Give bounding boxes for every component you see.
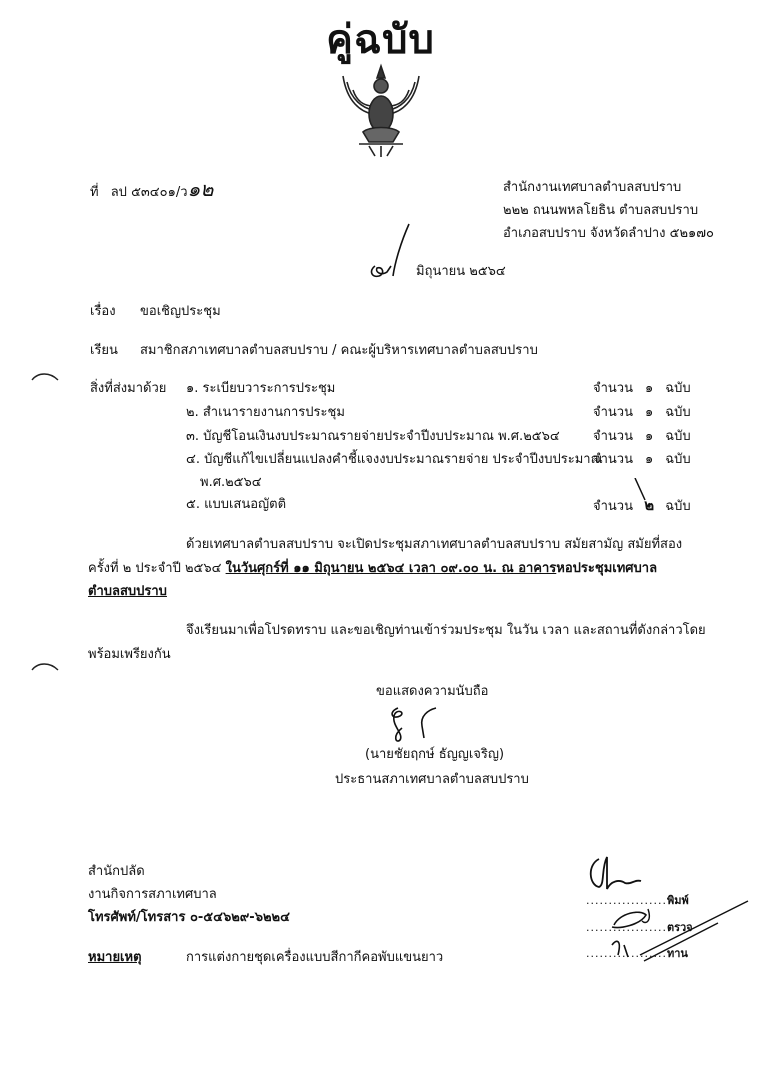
meeting-datetime: ในวันศุกร์ที่ ๑๑ มิถุนายน ๒๕๖๔ เวลา ๐๙.๐…: [226, 561, 557, 576]
meeting-venue-continued: ตำบลสบปราบ: [88, 584, 167, 600]
sender-line-3: อำเภอสบปราบ จังหวัดลำปาง ๕๒๑๗๐: [503, 226, 714, 242]
enclosure-qty: จำนวน ๒ ฉบับ: [593, 497, 703, 515]
initials-scribbles-icon: [600, 895, 750, 965]
meeting-venue: หอประชุมเทศบาล: [556, 561, 657, 576]
enclosure-qty: จำนวน ๑ ฉบับ: [593, 452, 703, 468]
enclosure-qty: จำนวน ๑ ฉบับ: [593, 429, 703, 445]
signatory-name: (นายชัยฤกษ์ ธัญญเจริญ): [365, 747, 504, 763]
enclosure-item: ๑. ระเบียบวาระการประชุม: [186, 381, 335, 397]
footer-phone: โทรศัพท์/โทรสาร ๐-๕๔๖๒๙-๖๒๒๔: [88, 910, 290, 926]
meeting-session: ครั้งที่ ๒ ประจำปี ๒๕๖๔: [88, 561, 226, 576]
enclosure-item: ๒. สำเนารายงานการประชุม: [186, 405, 345, 421]
ref-label: ที่: [90, 185, 99, 200]
ref-handwritten: ๑๒: [188, 177, 214, 201]
enclosure-item: ๓. บัญชีโอนเงินงบประมาณรายจ่ายประจำปีงบป…: [186, 429, 560, 445]
footer-office: สำนักปลัด: [88, 864, 145, 880]
ref-number-text: ลป ๕๓๔๐๑/ว: [111, 185, 188, 200]
body-paragraph-1-line-2: ครั้งที่ ๒ ประจำปี ๒๕๖๔ ในวันศุกร์ที่ ๑๑…: [88, 561, 657, 577]
garuda-emblem-icon: [333, 62, 429, 158]
date-handwriting-icon: [365, 222, 415, 282]
body-paragraph-1-line-1: ด้วยเทศบาลตำบลสบปราบ จะเปิดประชุมสภาเทศบ…: [186, 537, 682, 553]
initial-signature-icon: [585, 855, 645, 895]
footer-section: งานกิจการสภาเทศบาล: [88, 887, 217, 903]
closing-salutation: ขอแสดงความนับถือ: [376, 684, 488, 700]
sender-line-2: ๒๒๒ ถนนพหลโยธิน ตำบลสบปราบ: [503, 203, 698, 219]
note-text: การแต่งกายชุดเครื่องแบบสีกากีคอพับแขนยาว: [186, 950, 443, 966]
recipient-label: เรียน: [90, 343, 118, 359]
subject-label: เรื่อง: [90, 304, 116, 320]
reference-number: ที่ ลป ๕๓๔๐๑/ว๑๒: [90, 181, 213, 201]
enclosure-qty: จำนวน ๑ ฉบับ: [593, 405, 703, 421]
date-month-year: มิถุนายน ๒๕๖๔: [416, 264, 506, 280]
sender-line-1: สำนักงานเทศบาลตำบลสบปราบ: [503, 180, 681, 196]
note-label: หมายเหตุ: [88, 950, 142, 966]
enclosure-item-continued: พ.ศ.๒๕๖๔: [200, 475, 262, 491]
enclosures-label: สิ่งที่ส่งมาด้วย: [90, 381, 166, 397]
punch-mark-icon: [30, 660, 60, 672]
body-paragraph-2-line-1: จึงเรียนมาเพื่อโปรดทราบ และขอเชิญท่านเข้…: [186, 623, 706, 639]
signature-icon: [386, 704, 446, 744]
copy-stamp: คู่ฉบับ: [0, 16, 761, 64]
recipient-text: สมาชิกสภาเทศบาลตำบลสบปราบ / คณะผู้บริหาร…: [140, 343, 538, 359]
enclosure-item: ๔. บัญชีแก้ไขเปลี่ยนแปลงคำชี้แจงงบประมาณ…: [186, 452, 603, 468]
body-paragraph-2-line-2: พร้อมเพรียงกัน: [88, 647, 171, 663]
enclosure-item: ๕. แบบเสนอญัตติ: [186, 497, 286, 513]
subject-text: ขอเชิญประชุม: [140, 304, 221, 320]
signatory-position: ประธานสภาเทศบาลตำบลสบปราบ: [335, 772, 529, 788]
punch-mark-icon: [30, 370, 60, 382]
enclosure-qty: จำนวน ๑ ฉบับ: [593, 381, 703, 397]
